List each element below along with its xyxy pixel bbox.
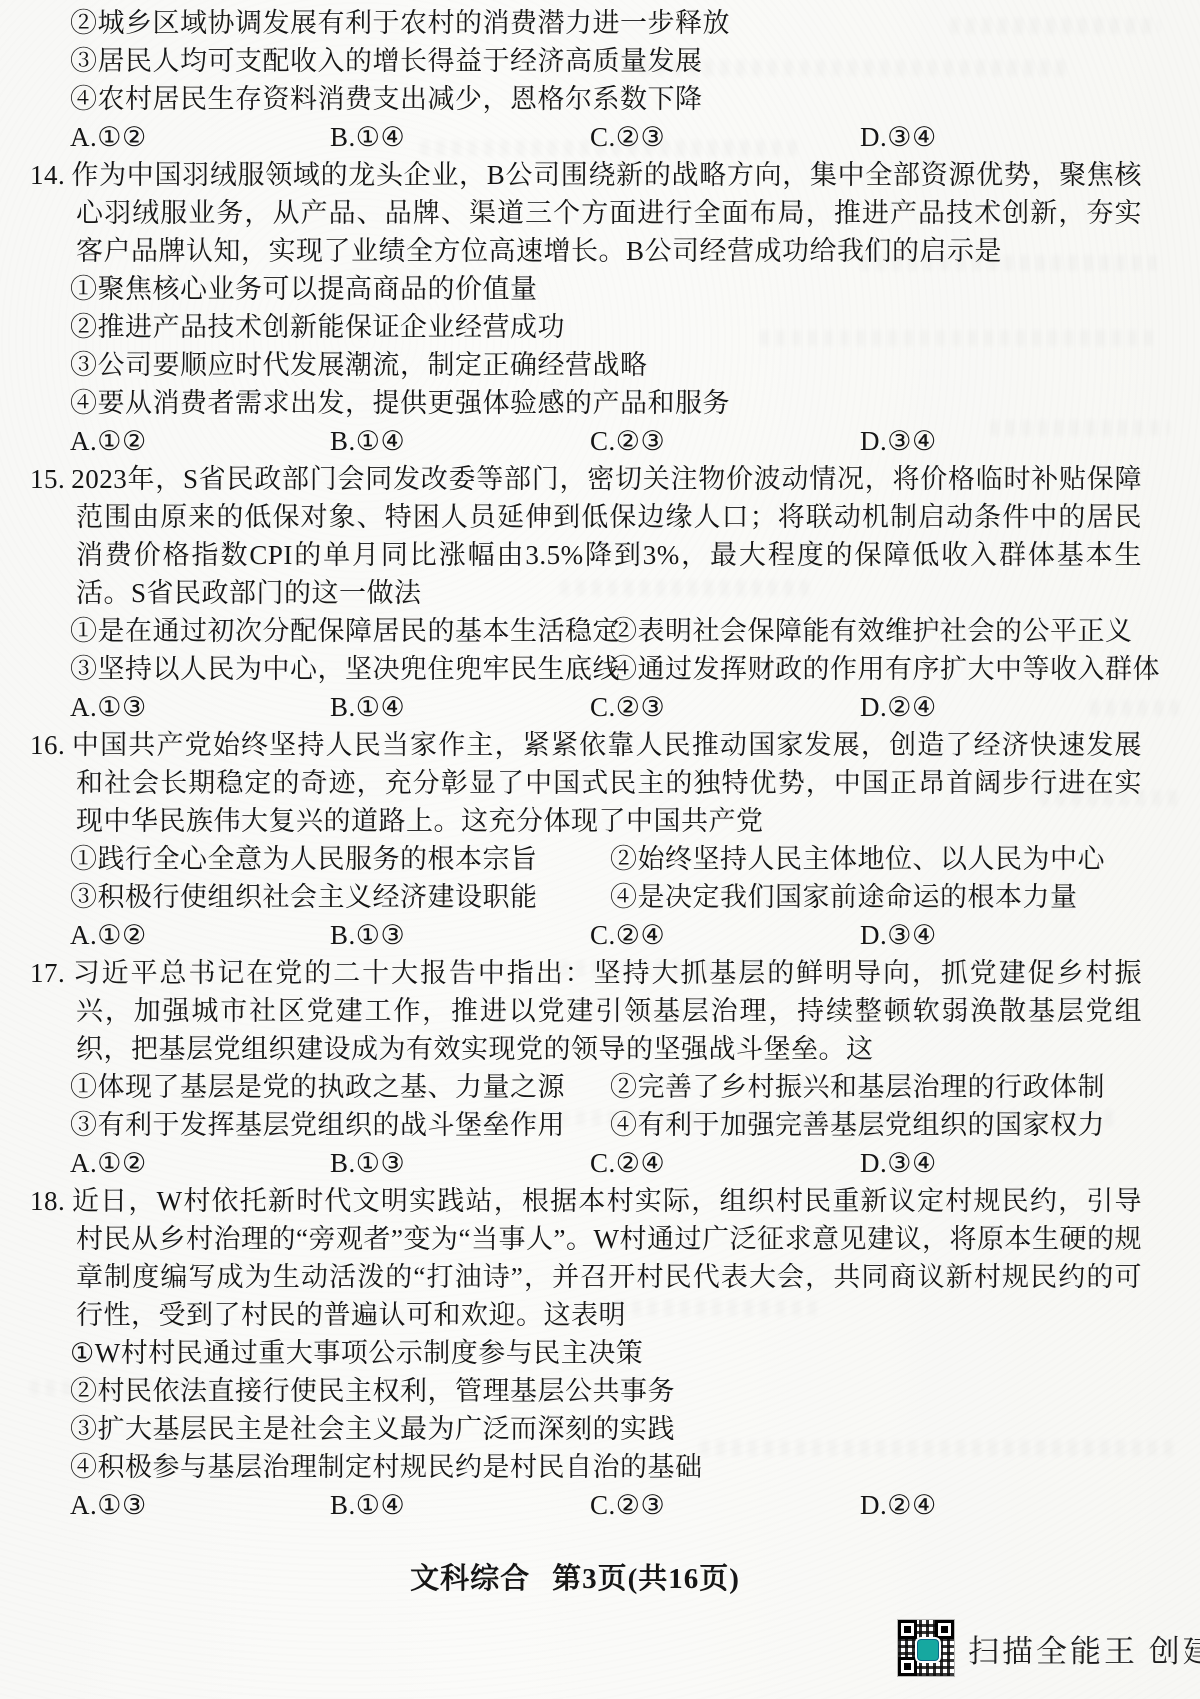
statement-item-row: ①是在通过初次分配保障居民的基本生活稳定 ②表明社会保障能有效维护社会的公平正义 [30, 612, 1142, 650]
statement-item: ③扩大基层民主是社会主义最为广泛而深刻的实践 [30, 1410, 1142, 1448]
question-13-tail: ②城乡区域协调发展有利于农村的消费潜力进一步释放 ③居民人均可支配收入的增长得益… [30, 4, 1142, 156]
statement-item: ④通过发挥财政的作用有序扩大中等收入群体 [610, 650, 1160, 688]
option-c: C.②④ [590, 1144, 860, 1182]
answer-options-row: A.①② B.①③ C.②④ D.③④ [30, 1144, 1142, 1182]
statement-item: ②始终坚持人民主体地位、以人民为中心 [610, 840, 1105, 878]
answer-options-row: A.①② B.①④ C.②③ D.③④ [30, 118, 1142, 156]
statement-item: ①W村村民通过重大事项公示制度参与民主决策 [30, 1334, 1142, 1372]
option-c: C.②③ [590, 688, 860, 726]
statement-item-row: ③积极行使组织社会主义经济建设职能 ④是决定我们国家前途命运的根本力量 [30, 878, 1142, 916]
statement-item-row: ①体现了基层是党的执政之基、力量之源 ②完善了乡村振兴和基层治理的行政体制 [30, 1068, 1142, 1106]
answer-options-row: A.①② B.①③ C.②④ D.③④ [30, 916, 1142, 954]
question-text: 近日，W村依托新时代文明实践站，根据本村实际，组织村民重新议定村规民约，引导村民… [71, 1186, 1142, 1330]
option-b: B.①④ [330, 1486, 590, 1524]
footer-page-number: 第3页(共16页) [552, 1563, 740, 1595]
option-c: C.②③ [590, 1486, 860, 1524]
page-footer: 文科综合第3页(共16页) [0, 1556, 1175, 1597]
answer-options-row: A.①② B.①④ C.②③ D.③④ [30, 422, 1142, 460]
statement-item: ③积极行使组织社会主义经济建设职能 [70, 878, 610, 916]
question-17: 17.习近平总书记在党的二十大报告中指出：坚持大抓基层的鲜明导向，抓党建促乡村振… [30, 954, 1142, 1182]
option-d: D.③④ [860, 422, 937, 460]
question-14: 14.作为中国羽绒服领域的龙头企业，B公司围绕新的战略方向，集中全部资源优势，聚… [30, 156, 1142, 460]
question-15: 15.2023年，S省民政部门会同发改委等部门，密切关注物价波动情况，将价格临时… [30, 460, 1142, 726]
footer-subject-title: 文科综合 [410, 1563, 530, 1595]
option-d: D.③④ [860, 118, 937, 156]
statement-item: ④有利于加强完善基层党组织的国家权力 [610, 1106, 1105, 1144]
option-c: C.②④ [590, 916, 860, 954]
statement-item: ②村民依法直接行使民主权利，管理基层公共事务 [30, 1372, 1142, 1410]
question-number: 14. [30, 160, 65, 190]
question-text: 2023年，S省民政部门会同发改委等部门，密切关注物价波动情况，将价格临时补贴保… [71, 464, 1142, 608]
camscanner-label: 扫描全能王 创建 [968, 1626, 1200, 1671]
qr-finder-icon [935, 1620, 954, 1639]
question-stem: 17.习近平总书记在党的二十大报告中指出：坚持大抓基层的鲜明导向，抓党建促乡村振… [30, 954, 1142, 1068]
option-a: A.①③ [70, 688, 330, 726]
statement-item: ④积极参与基层治理制定村规民约是村民自治的基础 [30, 1448, 1142, 1486]
statement-item: ②推进产品技术创新能保证企业经营成功 [30, 308, 1142, 346]
statement-item: ①践行全心全意为人民服务的根本宗旨 [70, 840, 610, 878]
answer-options-row: A.①③ B.①④ C.②③ D.②④ [30, 688, 1142, 726]
statement-item-row: ①践行全心全意为人民服务的根本宗旨 ②始终坚持人民主体地位、以人民为中心 [30, 840, 1142, 878]
option-d: D.③④ [860, 916, 937, 954]
option-b: B.①③ [330, 916, 590, 954]
statement-item: ③公司要顺应时代发展潮流，制定正确经营战略 [30, 346, 1142, 384]
statement-item-row: ③坚持以人民为中心，坚决兜住兜牢民生底线 ④通过发挥财政的作用有序扩大中等收入群… [30, 650, 1142, 688]
option-d: D.②④ [860, 688, 937, 726]
statement-item: ①体现了基层是党的执政之基、力量之源 [70, 1068, 610, 1106]
scanned-exam-page: ②城乡区域协调发展有利于农村的消费潜力进一步释放 ③居民人均可支配收入的增长得益… [0, 0, 1200, 1699]
question-number: 15. [30, 464, 65, 494]
camscanner-logo-icon [915, 1637, 941, 1663]
question-stem: 18.近日，W村依托新时代文明实践站，根据本村实际，组织村民重新议定村规民约，引… [30, 1182, 1142, 1334]
option-a: A.①② [70, 1144, 330, 1182]
option-d: D.②④ [860, 1486, 937, 1524]
option-b: B.①③ [330, 1144, 590, 1182]
statement-item: ④农村居民生存资料消费支出减少，恩格尔系数下降 [30, 80, 1142, 118]
question-stem: 15.2023年，S省民政部门会同发改委等部门，密切关注物价波动情况，将价格临时… [30, 460, 1142, 612]
statement-item: ④是决定我们国家前途命运的根本力量 [610, 878, 1078, 916]
option-c: C.②③ [590, 118, 860, 156]
option-b: B.①④ [330, 118, 590, 156]
camscanner-watermark: 扫描全能王 创建 [898, 1620, 1200, 1676]
qr-finder-icon [898, 1657, 917, 1676]
page-content: ②城乡区域协调发展有利于农村的消费潜力进一步释放 ③居民人均可支配收入的增长得益… [30, 4, 1142, 1524]
option-a: A.①② [70, 422, 330, 460]
qr-finder-icon [898, 1620, 917, 1639]
question-number: 17. [30, 958, 65, 988]
question-18: 18.近日，W村依托新时代文明实践站，根据本村实际，组织村民重新议定村规民约，引… [30, 1182, 1142, 1524]
statement-item: ④要从消费者需求出发，提供更强体验感的产品和服务 [30, 384, 1142, 422]
question-stem: 16.中国共产党始终坚持人民当家作主，紧紧依靠人民推动国家发展，创造了经济快速发… [30, 726, 1142, 840]
question-text: 作为中国羽绒服领域的龙头企业，B公司围绕新的战略方向，集中全部资源优势，聚焦核心… [71, 160, 1142, 266]
question-text: 习近平总书记在党的二十大报告中指出：坚持大抓基层的鲜明导向，抓党建促乡村振兴，加… [71, 958, 1142, 1064]
option-a: A.①③ [70, 1486, 330, 1524]
question-number: 18. [30, 1186, 65, 1216]
statement-item: ①是在通过初次分配保障居民的基本生活稳定 [70, 612, 610, 650]
question-text: 中国共产党始终坚持人民当家作主，紧紧依靠人民推动国家发展，创造了经济快速发展和社… [71, 730, 1142, 836]
answer-options-row: A.①③ B.①④ C.②③ D.②④ [30, 1486, 1142, 1524]
option-c: C.②③ [590, 422, 860, 460]
statement-item: ①聚焦核心业务可以提高商品的价值量 [30, 270, 1142, 308]
statement-item: ③居民人均可支配收入的增长得益于经济高质量发展 [30, 42, 1142, 80]
statement-item-row: ③有利于发挥基层党组织的战斗堡垒作用 ④有利于加强完善基层党组织的国家权力 [30, 1106, 1142, 1144]
statement-item: ③有利于发挥基层党组织的战斗堡垒作用 [70, 1106, 610, 1144]
option-a: A.①② [70, 118, 330, 156]
statement-item: ②表明社会保障能有效维护社会的公平正义 [610, 612, 1133, 650]
statement-item: ③坚持以人民为中心，坚决兜住兜牢民生底线 [70, 650, 610, 688]
option-b: B.①④ [330, 688, 590, 726]
question-number: 16. [30, 730, 65, 760]
statement-item: ②城乡区域协调发展有利于农村的消费潜力进一步释放 [30, 4, 1142, 42]
statement-item: ②完善了乡村振兴和基层治理的行政体制 [610, 1068, 1105, 1106]
qr-code-icon [898, 1620, 954, 1676]
option-d: D.③④ [860, 1144, 937, 1182]
question-16: 16.中国共产党始终坚持人民当家作主，紧紧依靠人民推动国家发展，创造了经济快速发… [30, 726, 1142, 954]
question-stem: 14.作为中国羽绒服领域的龙头企业，B公司围绕新的战略方向，集中全部资源优势，聚… [30, 156, 1142, 270]
option-a: A.①② [70, 916, 330, 954]
option-b: B.①④ [330, 422, 590, 460]
